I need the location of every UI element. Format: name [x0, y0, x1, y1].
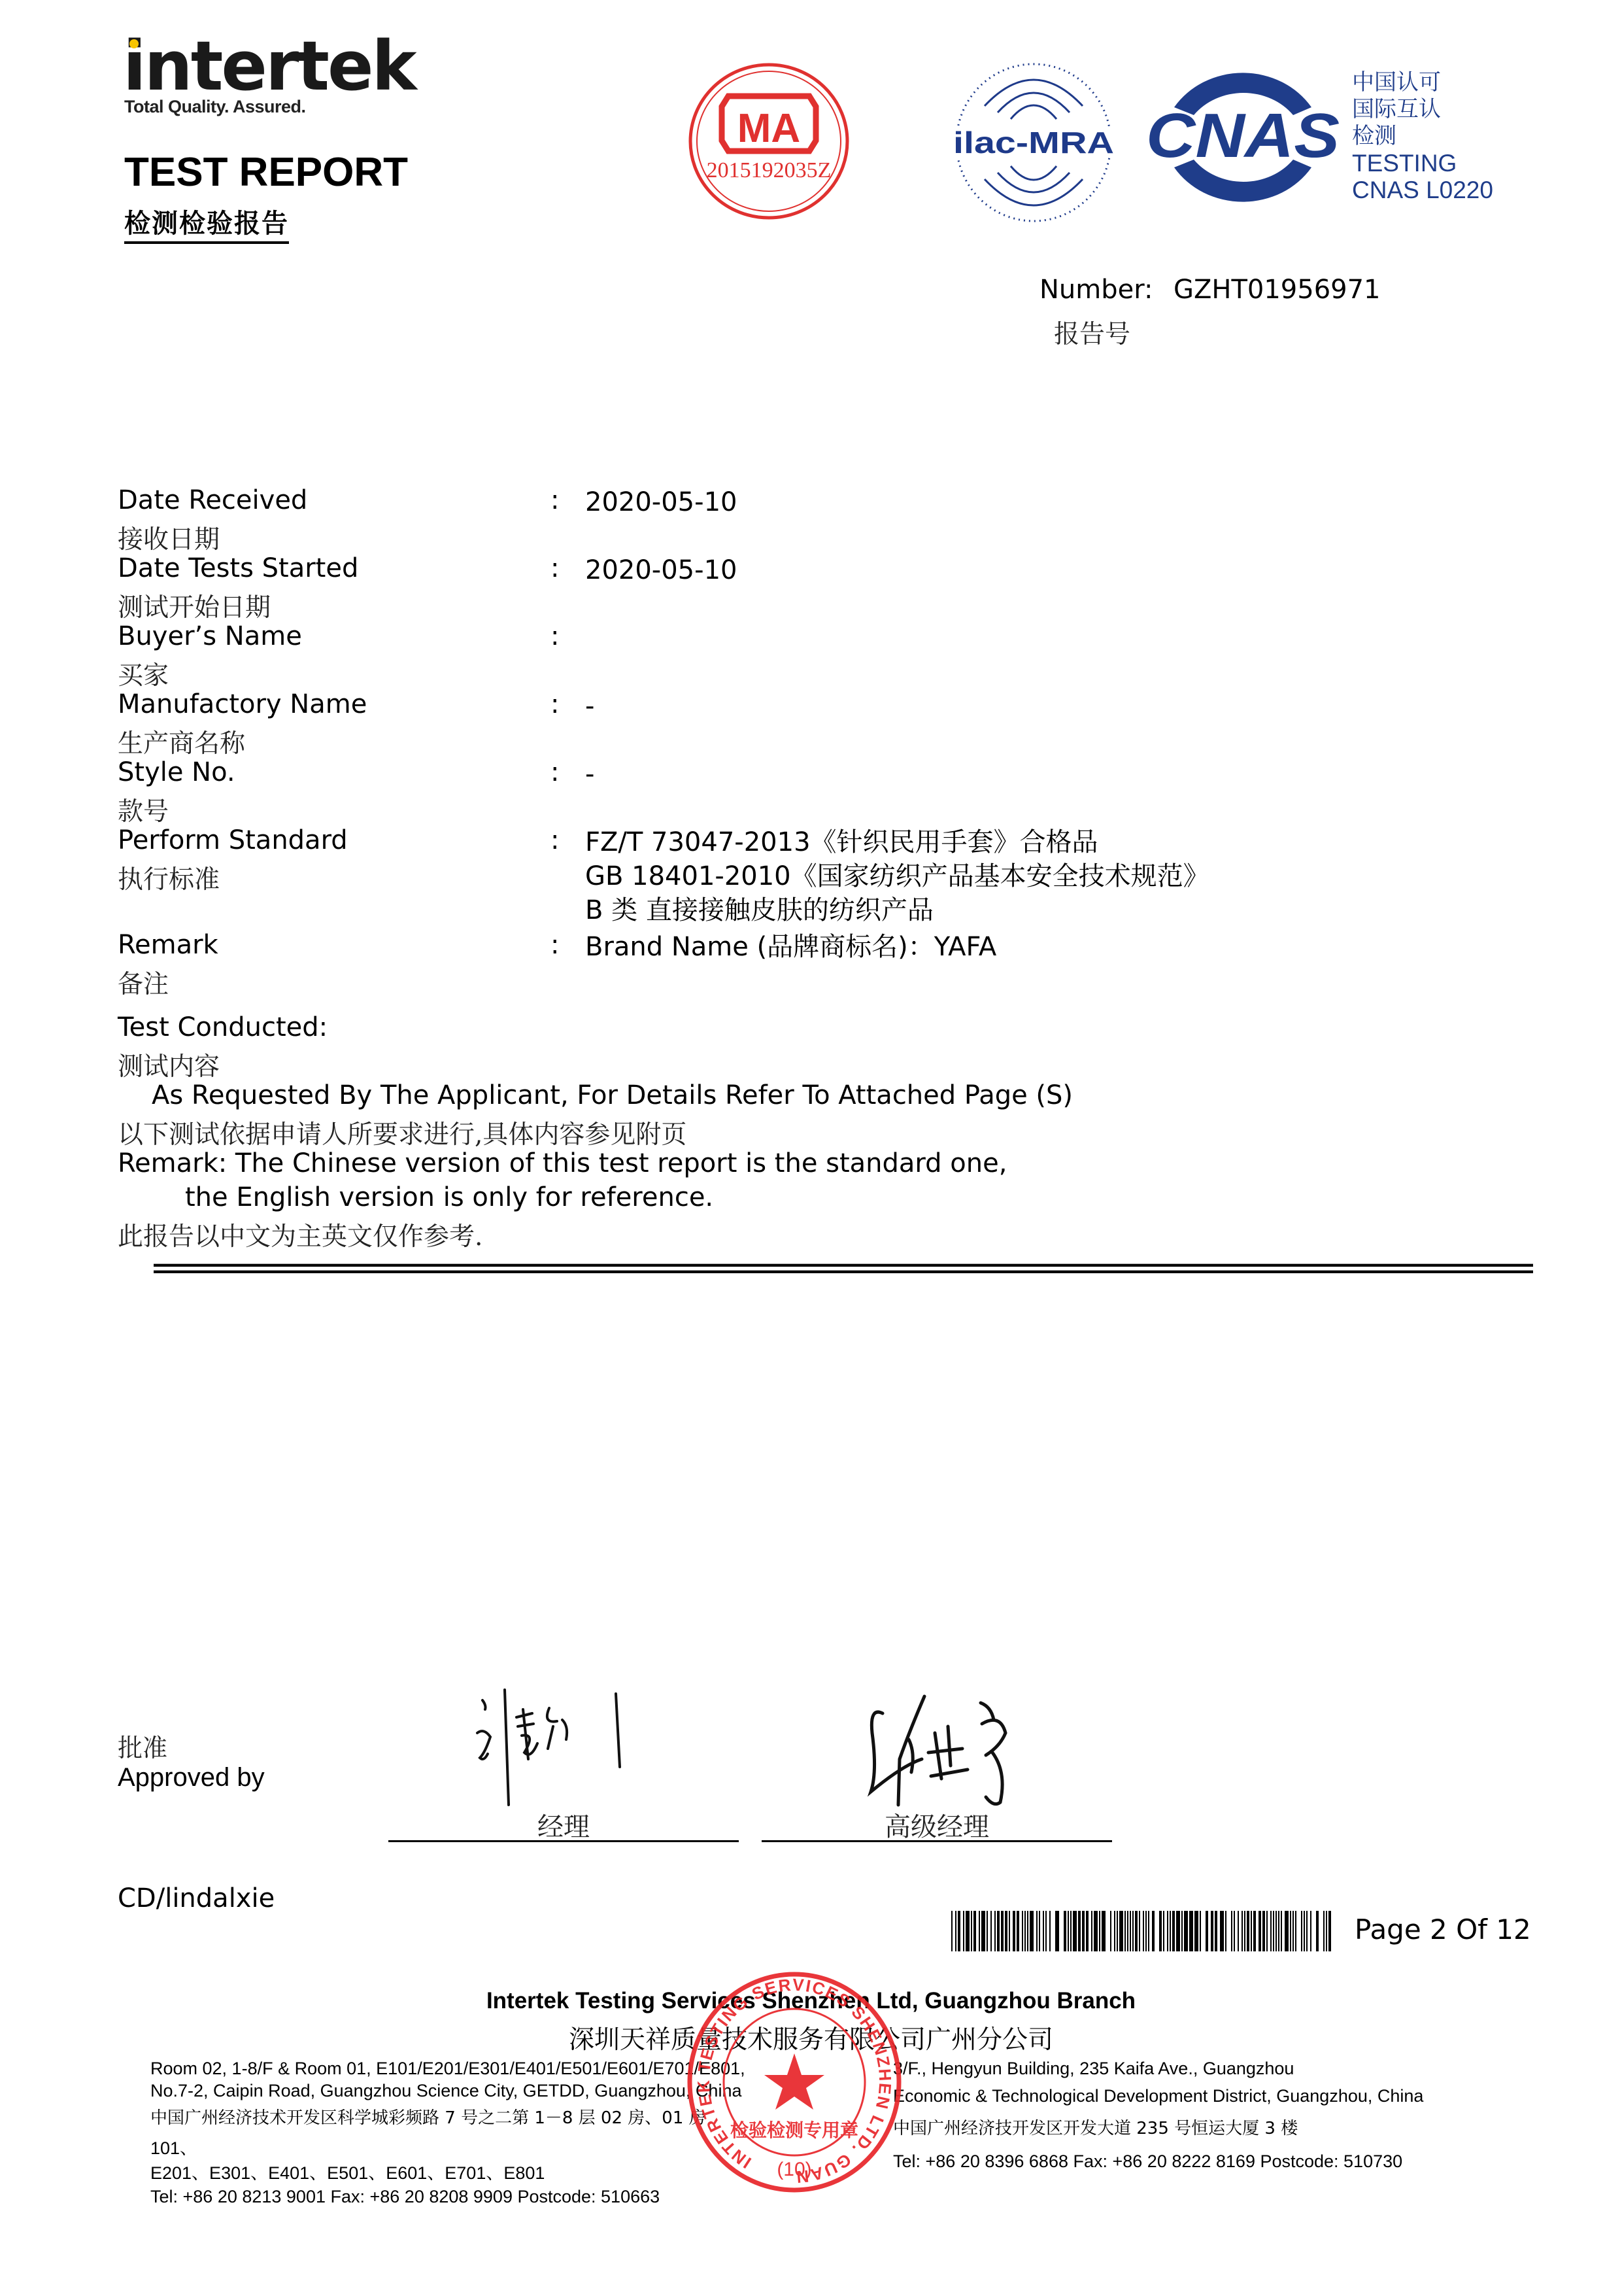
test-conducted-label: Test Conducted: [118, 1012, 328, 1042]
address-right-line1: 3/F., Hengyun Building, 235 Kaifa Ave., … [893, 2057, 1294, 2080]
field-label: Date Received [118, 485, 307, 515]
field-separator: : [550, 485, 559, 515]
field-label-cn: 生产商名称 [118, 723, 245, 760]
field-label: Style No. [118, 757, 235, 787]
cma-number: 2015192035Z [707, 158, 832, 182]
field-label-cn: 备注 [118, 964, 169, 1001]
cnas-mark: CNAS [1146, 101, 1340, 171]
field-value: Brand Name (品牌商标名)：YAFA [585, 930, 996, 964]
prepared-by: CD/lindalxie [118, 1883, 275, 1913]
signature-line [762, 1840, 1112, 1842]
approved-by-label: Approved by [118, 1763, 265, 1792]
cnas-cn-line2: 国际互认 [1352, 96, 1493, 123]
ilac-mra-badge-icon: ilac-MRA [949, 60, 1118, 225]
signature-manager [471, 1681, 654, 1811]
field-value: FZ/T 73047-2013《针织民用手套》合格品GB 18401-2010《… [585, 825, 1209, 927]
field-value-line: 2020-05-10 [585, 485, 737, 519]
cnas-cn-line1: 中国认可 [1352, 69, 1493, 96]
signature-line [388, 1840, 739, 1842]
field-separator: : [550, 930, 559, 960]
test-conducted-text: As Requested By The Applicant, For Detai… [152, 1080, 1073, 1110]
logo-tagline: Total Quality. Assured. [124, 97, 306, 117]
cnas-badge-icon: CNAS [1141, 61, 1344, 213]
field-label: Buyer’s Name [118, 621, 302, 651]
field-separator: : [550, 757, 559, 787]
field-label-cn: 执行标准 [118, 859, 220, 896]
field-label-cn: 接收日期 [118, 519, 220, 556]
address-right-line3: 中国广州经济技开发区开发大道 235 号恒运大厦 3 楼 [893, 2117, 1298, 2140]
address-right-line2: Economic & Technological Development Dis… [893, 2085, 1423, 2107]
intertek-logo: intertek [123, 26, 415, 106]
language-remark-line2: the English version is only for referenc… [185, 1182, 713, 1212]
cnas-cn-line3: 检测 [1352, 123, 1493, 150]
field-separator: : [550, 689, 559, 719]
address-right-line4: Tel: +86 20 8396 6868 Fax: +86 20 8222 8… [893, 2150, 1402, 2172]
cnas-en-line2: CNAS L0220 [1352, 177, 1493, 203]
field-label-cn: 款号 [118, 791, 169, 828]
address-left-line1: Room 02, 1-8/F & Room 01, E101/E201/E301… [150, 2057, 745, 2080]
report-number-label: Number: [1039, 275, 1153, 305]
field-value: - [585, 757, 594, 791]
report-number-label-cn: 报告号 [1054, 314, 1130, 351]
field-value: 2020-05-10 [585, 485, 737, 519]
address-left-line5: E201、E301、E401、E501、E601、E701、E801 [150, 2162, 545, 2184]
field-value-line: 2020-05-10 [585, 553, 737, 587]
cnas-caption: 中国认可 国际互认 检测 TESTING CNAS L0220 [1352, 69, 1493, 203]
field-value-line: FZ/T 73047-2013《针织民用手套》合格品 [585, 825, 1209, 859]
barcode-icon [951, 1911, 1334, 1951]
field-label-cn: 测试开始日期 [118, 587, 271, 624]
section-divider [154, 1270, 1533, 1273]
cma-badge-icon: MA 2015192035Z [688, 62, 850, 220]
field-separator: : [550, 621, 559, 651]
field-value: 2020-05-10 [585, 553, 737, 587]
field-value: - [585, 689, 594, 723]
field-label: Perform Standard [118, 825, 348, 855]
cnas-en-line1: TESTING [1352, 150, 1493, 177]
page-indicator: Page 2 Of 12 [1355, 1913, 1531, 1945]
address-left-line6: Tel: +86 20 8213 9001 Fax: +86 20 8208 9… [150, 2185, 660, 2208]
page-title: TEST REPORT [124, 149, 408, 196]
seal-number: (10) [777, 2159, 811, 2180]
signature-senior-manager [843, 1687, 1059, 1818]
official-seal-stamp: INTERTEK TESTING SERVICES SHENZHEN LTD. … [686, 1972, 902, 2193]
address-left-line4: 101、 [150, 2137, 197, 2159]
field-value-line: Brand Name (品牌商标名)：YAFA [585, 930, 996, 964]
signatory-title-manager: 经理 [388, 1806, 739, 1843]
seal-center-text: 检验检测专用章 [730, 2119, 858, 2141]
field-label-cn: 买家 [118, 655, 169, 692]
field-label: Manufactory Name [118, 689, 367, 719]
signatory-title-senior-manager: 高级经理 [762, 1806, 1112, 1843]
cma-mark: MA [737, 106, 800, 151]
field-value-line: - [585, 689, 594, 723]
language-remark-line1: Remark: The Chinese version of this test… [118, 1148, 1007, 1178]
ilac-mra-text: ilac-MRA [953, 126, 1114, 160]
address-left-line2: No.7-2, Caipin Road, Guangzhou Science C… [150, 2080, 741, 2102]
test-conducted-text-cn: 以下测试依据申请人所要求进行,具体内容参见附页 [118, 1114, 686, 1151]
language-remark-cn: 此报告以中文为主英文仅作参考. [118, 1216, 482, 1253]
field-separator: : [550, 825, 559, 855]
approved-by-label-cn: 批准 [118, 1728, 167, 1764]
logo-dot-icon [129, 39, 139, 48]
test-conducted-label-cn: 测试内容 [118, 1046, 220, 1083]
field-value-line: GB 18401-2010《国家纺织产品基本安全技术规范》 [585, 859, 1209, 893]
field-value-line: - [585, 757, 594, 791]
page-title-cn: 检测检验报告 [124, 203, 289, 244]
address-left-line3: 中国广州经济技术开发区科学城彩频路 7 号之二第 1－8 层 02 房、01 房 [150, 2107, 706, 2129]
report-number-value: GZHT01956971 [1174, 275, 1381, 305]
field-separator: : [550, 553, 559, 583]
field-label: Date Tests Started [118, 553, 358, 583]
field-value-line: B 类 直接接触皮肤的纺织产品 [585, 893, 1209, 927]
field-label: Remark [118, 930, 218, 960]
section-divider [154, 1263, 1533, 1267]
